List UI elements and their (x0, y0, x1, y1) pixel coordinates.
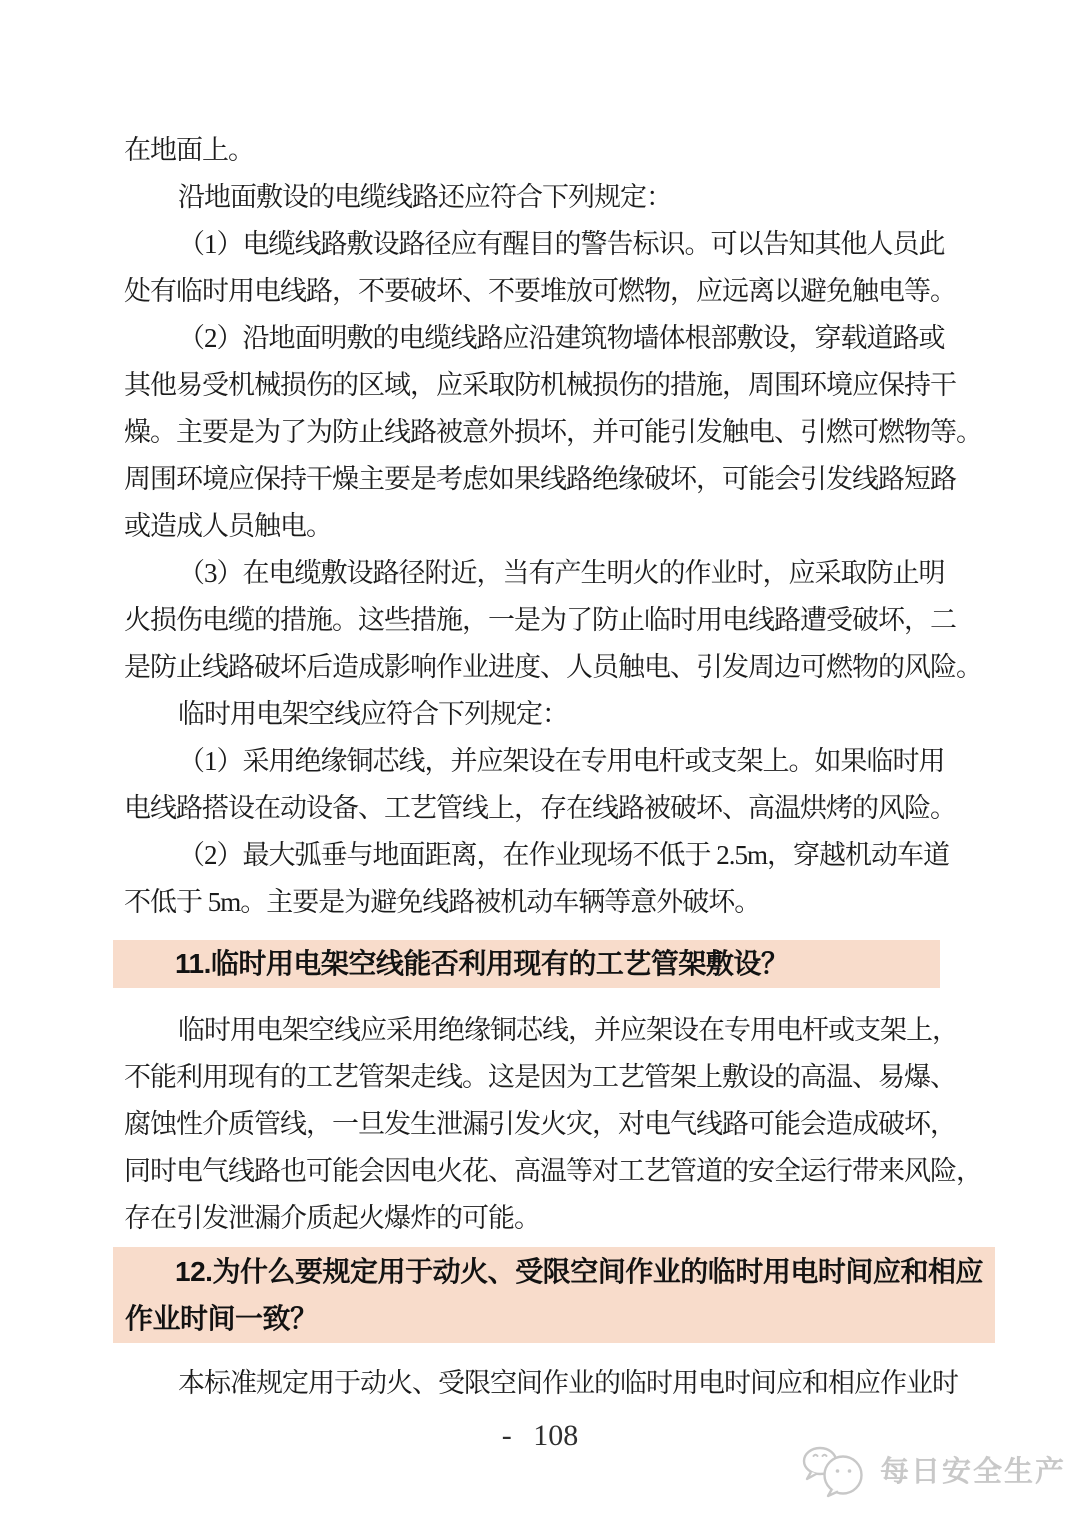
body-line: 是防止线路破坏后造成影响作业进度、人员触电、引发周边可燃物的风险。 (124, 644, 944, 691)
question-11-heading: 11.临时用电架空线能否利用现有的工艺管架敷设？ (125, 941, 928, 987)
body-line: 沿地面敷设的电缆线路还应符合下列规定： (124, 174, 944, 221)
answer-line: 存在引发泄漏介质起火爆炸的可能。 (124, 1195, 944, 1242)
answer-line: 临时用电架空线应采用绝缘铜芯线，并应架设在专用电杆或支架上， (124, 1007, 944, 1054)
body-line: 不低于 5m。主要是为避免线路被机动车辆等意外破坏。 (124, 879, 944, 926)
body-line: （2）最大弧垂与地面距离，在作业现场不低于 2.5m，穿越机动车道 (124, 832, 944, 879)
body-line: 电线路搭设在动设备、工艺管线上，存在线路被破坏、高温烘烤的风险。 (124, 785, 944, 832)
question-12-heading-line1: 12.为什么要规定用于动火、受限空间作业的临时用电时间应和相应 (125, 1248, 983, 1295)
body-line: （3）在电缆敷设路径附近，当有产生明火的作业时，应采取防止明 (124, 550, 944, 597)
wechat-icon (798, 1444, 872, 1500)
body-line: 临时用电架空线应符合下列规定： (124, 691, 944, 738)
question-11-band: 11.临时用电架空线能否利用现有的工艺管架敷设？ (113, 940, 940, 988)
body-line: 其他易受机械损伤的区域，应采取防机械损伤的措施，周围环境应保持干 (124, 362, 944, 409)
body-line: 处有临时用电线路，不要破坏、不要堆放可燃物，应远离以避免触电等。 (124, 268, 944, 315)
body-line: （1）电缆线路敷设路径应有醒目的警告标识。可以告知其他人员此 (124, 221, 944, 268)
question-12-heading-line2: 作业时间一致？ (125, 1295, 983, 1342)
document-page: 在地面上。 沿地面敷设的电缆线路还应符合下列规定： （1）电缆线路敷设路径应有醒… (0, 0, 1080, 1528)
body-line: 燥。主要是为了为防止线路被意外损坏，并可能引发触电、引燃可燃物等。 (124, 409, 944, 456)
body-line: 或造成人员触电。 (124, 503, 944, 550)
answer-line: 本标准规定用于动火、受限空间作业的临时用电时间应和相应作业时 (124, 1360, 944, 1407)
body-line: 周围环境应保持干燥主要是考虑如果线路绝缘破坏，可能会引发线路短路 (124, 456, 944, 503)
answer-line: 腐蚀性介质管线，一旦发生泄漏引发火灾，对电气线路可能会造成破坏， (124, 1101, 944, 1148)
answer-line: 同时电气线路也可能会因电火花、高温等对工艺管道的安全运行带来风险， (124, 1148, 944, 1195)
watermark-label: 每日安全生产 (880, 1444, 1066, 1500)
body-line: （1）采用绝缘铜芯线，并应架设在专用电杆或支架上。如果临时用 (124, 738, 944, 785)
body-line: 火损伤电缆的措施。这些措施，一是为了防止临时用电线路遭受破坏，二 (124, 597, 944, 644)
document-body: 在地面上。 沿地面敷设的电缆线路还应符合下列规定： （1）电缆线路敷设路径应有醒… (124, 127, 944, 1407)
body-line: 在地面上。 (124, 127, 944, 174)
body-line: （2）沿地面明敷的电缆线路应沿建筑物墙体根部敷设，穿载道路或 (124, 315, 944, 362)
watermark: 每日安全生产 (798, 1444, 1066, 1500)
question-12-band: 12.为什么要规定用于动火、受限空间作业的临时用电时间应和相应 作业时间一致？ (113, 1247, 995, 1343)
answer-line: 不能利用现有的工艺管架走线。这是因为工艺管架上敷设的高温、易爆、 (124, 1054, 944, 1101)
